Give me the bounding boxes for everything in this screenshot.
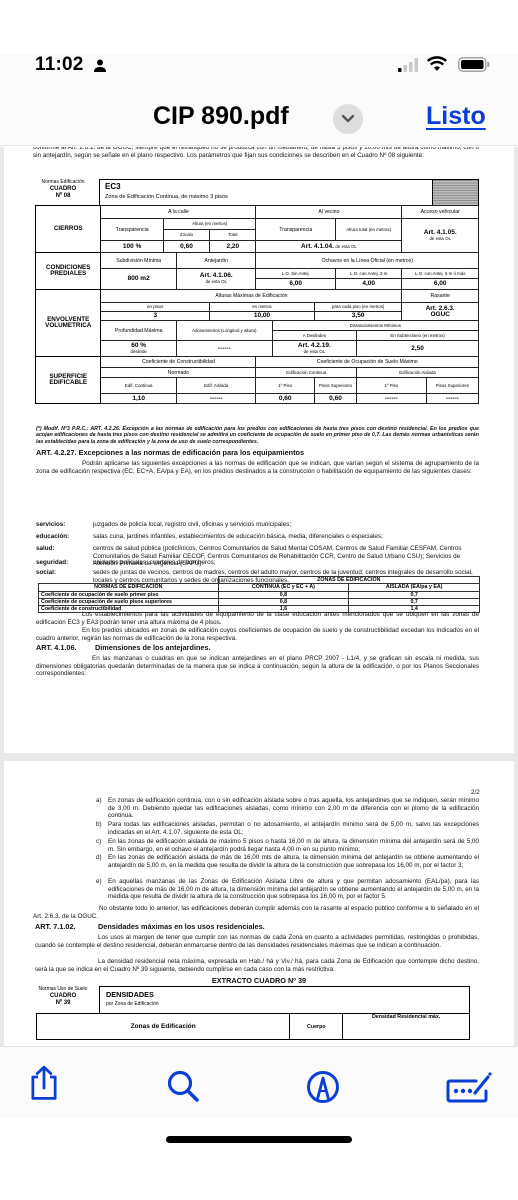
page-number: 2/2 [471, 789, 480, 797]
deslindes-ref-value: Art. 4.2.19. [298, 342, 331, 349]
col-continua: CONTINUA (EC y EC + A) [218, 584, 349, 591]
battery-icon [458, 57, 490, 72]
rule-letter: c) [96, 838, 101, 846]
val-pisos-sup-aislada: ------ [426, 394, 478, 404]
form-fill-icon[interactable] [446, 1069, 492, 1105]
zonas-group-header: ZONAS DE EDIFICACION [218, 577, 479, 584]
cell-aislada: 0,7 [349, 598, 480, 605]
hdr-en-metros: en metros [210, 303, 315, 312]
antejardin-ref-value: Art. 4.1.06. [200, 272, 233, 279]
val-total: 2,20 [210, 241, 256, 253]
class-term: salud: [36, 545, 55, 553]
hdr-a-deslindes: A Deslindes [272, 331, 357, 341]
val-lo-3m: 4,00 [335, 279, 401, 290]
person-icon [94, 59, 106, 73]
extracto-title: EXTRACTO CUADRO Nº 39 [4, 977, 514, 985]
search-icon[interactable] [166, 1069, 202, 1105]
art-7102-num: ART. 7.1.02. [35, 923, 76, 931]
hdr-transparencia: Transparencia [101, 219, 163, 241]
rule-letter: b) [96, 821, 102, 829]
art-4227-title: ART. 4.2.27. Excepciones a las normas de… [36, 449, 304, 457]
acceso-ref-sub: de esta OL [429, 236, 450, 241]
hdr-coef-constructibilidad: Coeficiente de Constructibilidad [101, 357, 256, 368]
para-educacion-altura: Los establecimientos para las actividade… [36, 611, 479, 626]
art-7102-p1: Los usos al margen de tener que cumplir … [35, 934, 479, 949]
deslindes-ref-sub: de esta OL [304, 349, 325, 354]
share-icon[interactable] [26, 1065, 62, 1101]
hdr-primer-piso-continua: 1º Piso [256, 378, 314, 394]
cellular-signal-icon [398, 58, 418, 72]
cell-norma: Coeficiente de ocupación de suelo pisos … [39, 598, 219, 605]
hdr-alturas-max: Alturas Máximas de Edificación [101, 290, 402, 303]
rule-text: En las zonas de edificación aislada de m… [108, 838, 479, 853]
class-term: seguridad: [36, 559, 68, 567]
val-primer-piso-aislada: ------ [357, 394, 426, 404]
hdr-altura-metros: Altura (en metros) [163, 219, 256, 230]
art-4227-body: Podrán aplicarse las siguientes excepcio… [36, 460, 479, 475]
col-zonas-edificacion: Zonas de Edificación [37, 1014, 290, 1040]
vecino-ref-sub: de esta OL [335, 244, 356, 249]
rasante-ref-sub: OGUC [430, 311, 450, 318]
val-profundidad: 60 % [131, 342, 146, 349]
rule-text: En zonas de edificación continua, con o … [108, 797, 479, 820]
hdr-zocalo: Zócalo [163, 230, 209, 241]
rasante-ref: Art. 2.6.3.OGUC [402, 303, 479, 321]
vecino-ref: Art. 4.1.04. de esta OL [256, 241, 402, 253]
cuadro-39-label: Normas Uso de Suelo CUADRO Nº 39 [34, 986, 92, 1007]
hdr-acceso-vehicular: Acceso vehicular [402, 206, 479, 219]
art-4106-num: ART. 4.1.06. [36, 644, 77, 652]
val-zocalo: 0,60 [163, 241, 209, 253]
rule-text: En aquellas manzanas de las Zonas de Edi… [108, 878, 479, 901]
section-cierros: CIERROS [36, 206, 101, 253]
cuadro-39-label-num: Nº 39 [56, 1000, 71, 1006]
val-adosamientos: ------ [176, 341, 272, 357]
cuadro-39-label-cuadro: CUADRO [50, 993, 76, 999]
cell-continua: 0,8 [218, 591, 349, 598]
rule-letter: d) [96, 854, 102, 862]
hdr-rasante: Rasante [402, 290, 479, 303]
para-coeficientes: En los predios ubicados en zonas de edif… [36, 627, 479, 642]
val-lo-sin-antej: 6,00 [256, 279, 336, 290]
status-bar: 11:02 [0, 54, 518, 90]
document-title[interactable]: CIP 890.pdf [153, 102, 289, 131]
table-row: Coeficiente de ocupación de suelo primer… [39, 591, 480, 598]
section-envolvente: ENVOLVENTE VOLUMETRICA [36, 290, 101, 357]
rule-text: Para todas las edificaciones aisladas, p… [108, 821, 479, 836]
val-pisos-sup-continua: 0,60 [314, 394, 356, 404]
status-time: 11:02 [35, 54, 84, 76]
acceso-ref-value: Art. 4.1.05. [424, 229, 457, 236]
hdr-lo-3m: L.O. con Antej. 3 m [335, 269, 401, 279]
rule-text: En las zonas de edificación aislada de m… [108, 854, 479, 869]
deslindes-ref: Art. 4.2.19.de esta OL [272, 341, 357, 357]
cell-continua: 0,8 [218, 598, 349, 605]
cuadro-39-subtitle: por Zona de Edificación [106, 1001, 159, 1007]
col-cuerpo: Cuerpo [290, 1014, 343, 1040]
cuadro-39-label-small: Normas Uso de Suelo [34, 986, 92, 993]
cuadro-39-title: DENSIDADES [106, 990, 154, 999]
hdr-altura-total: Altura total (en metros) [335, 219, 401, 241]
class-description: salas cuna, jardines infantiles, estable… [93, 533, 477, 541]
cell-norma: Coeficiente de ocupación de suelo primer… [39, 591, 219, 598]
zonas-edificacion-table: ZONAS DE EDIFICACION NORMAS DE EDIFICACI… [38, 576, 480, 613]
val-metros: 10,00 [210, 312, 315, 321]
title-menu-button[interactable] [333, 104, 363, 134]
hdr-por-piso: para cada piso (en metros) [314, 303, 402, 312]
cuadro-08-label-small: Normas Edificación [34, 179, 92, 186]
hdr-profundidad: Profundidad Máxima [101, 321, 177, 341]
hdr-subdivision: Subdivisión Mínima [101, 253, 177, 269]
footnote: (*) Modif. Nº3 P.R.C.: ART. 4.2.26. Exce… [36, 426, 479, 445]
bottom-toolbar [0, 1046, 518, 1118]
val-edif-aislada: ------ [176, 394, 256, 404]
zone-name: Zona de Edificación Continua, de máximo … [105, 194, 228, 200]
done-button[interactable]: Listo [426, 102, 486, 131]
hdr-pisos-sup-aislada: Pisos Superiores [426, 378, 478, 394]
para-no-obstante: No obstante todo lo anterior, las edific… [33, 905, 479, 920]
hdr-edif-aislada: Edif. Aislada [176, 378, 256, 394]
col-densidad: Densidad Residencial máx. [343, 1014, 470, 1040]
rule-letter: a) [96, 797, 102, 805]
class-term: educación: [36, 533, 69, 541]
val-edif-continua: 1,10 [101, 394, 177, 404]
markup-icon[interactable] [305, 1069, 341, 1105]
hdr-coef-ocupacion: Coeficiente de Ocupación de Suelo Máximo [256, 357, 479, 368]
cuadro-08-label-num: Nº 08 [56, 193, 71, 199]
col-aislada: AISLADA (EA/pa y EA) [349, 584, 480, 591]
cell-aislada: 0,7 [349, 591, 480, 598]
class-term: servicios: [36, 521, 65, 529]
art-7102-p2: La densidad residencial neta máxima, exp… [35, 958, 479, 973]
pdf-page-2: 2/2 a)En zonas de edificación continua, … [4, 761, 514, 1047]
pdf-viewer[interactable]: conforme al Art. 2.6.1. de la OGUC, siem… [0, 147, 518, 1047]
wifi-icon [427, 56, 447, 72]
hdr-transparencia-vecino: Transparencia [256, 219, 336, 241]
hdr-primer-piso-aislada: 1º Piso [357, 378, 426, 394]
rule-letter: e) [96, 878, 102, 886]
val-subterraneo: 2,50 [357, 341, 479, 357]
acceso-ref: Art. 4.1.05.de esta OL [402, 219, 479, 253]
section-condiciones-prediales: CONDICIONES PREDIALES [36, 253, 101, 290]
art-7102-title: Densidades máximas en los usos residenci… [98, 923, 265, 931]
hdr-ed-aislada: Edificación Aislada [357, 368, 479, 378]
hdr-adosamientos: Adosamientos (Longitud y altura) [176, 321, 272, 341]
hdr-en-pisos: en pisos [101, 303, 210, 312]
zone-code: EC3 [105, 182, 121, 191]
cuadro-39-header: DENSIDADES por Zona de Edificación [99, 986, 470, 1013]
hdr-ochavos: Ochavos en la Línea Oficial (en metros) [256, 253, 479, 269]
intro-paragraph: conforme al Art. 2.6.1. de la OGUC, siem… [33, 147, 479, 159]
val-transparencia: 100 % [101, 241, 163, 253]
cuadro-39-table: Zonas de Edificación Cuerpo Densidad Res… [36, 1013, 470, 1040]
hdr-ed-continua: Edificación Continua [256, 368, 357, 378]
hdr-al-vecino: Al vecino [256, 206, 402, 219]
hdr-normado: Normado [101, 368, 256, 378]
antejardin-ref: Art. 4.1.06.de esta OL [176, 269, 256, 290]
home-indicator[interactable] [166, 1136, 352, 1143]
val-por-piso: 3,50 [314, 312, 402, 321]
zone-header: EC3 Zona de Edificación Continua, de máx… [99, 179, 479, 205]
val-profundidad-sub: deslinde [131, 349, 147, 354]
val-lo-5m: 6,00 [402, 279, 479, 290]
cuadro-08-label-cuadro: CUADRO [50, 186, 76, 192]
val-pisos: 3 [101, 312, 210, 321]
vecino-ref-value: Art. 4.1.04. [301, 243, 334, 250]
hdr-antejardin: Antejardín [176, 253, 256, 269]
antejardin-ref-sub: de esta OL [205, 279, 226, 284]
nav-bar: CIP 890.pdf Listo [0, 90, 518, 146]
hdr-lo-5m: L.O. con Antej. 5 m ó más [402, 269, 479, 279]
art-4106-title: Dimensiones de los antejardines. [95, 644, 211, 652]
cuadro-08-label: Normas Edificación CUADRO Nº 08 [34, 179, 92, 200]
val-subdivision: 800 m2 [101, 269, 177, 290]
hdr-pisos-sup-continua: Pisos Superiores [314, 378, 356, 394]
pdf-page-1: conforme al Art. 2.6.1. de la OGUC, siem… [4, 147, 514, 753]
cuadro-08-table: CIERROS A la calle Al vecino Acceso vehi… [35, 205, 479, 404]
val-primer-piso-continua: 0,60 [256, 394, 314, 404]
art-4106-body: En las manzanas o cuadras en que se indi… [36, 655, 479, 678]
class-description: juzgados de policía local, registro civi… [93, 521, 477, 529]
hdr-subterraneo: En Subterráneo (en metros) [357, 331, 479, 341]
section-superficie: SUPERFICIE EDIFICABLE [36, 357, 101, 404]
hdr-distanciamientos: Distanciamientos Mínimos [272, 321, 478, 331]
hdr-lo-sin-antej: L.O. Sin Antej. [256, 269, 336, 279]
chevron-down-icon [341, 114, 355, 123]
profundidad-value: 60 %deslinde [101, 341, 177, 357]
table-row: Coeficiente de ocupación de suelo pisos … [39, 598, 480, 605]
hdr-total: Total [210, 230, 256, 241]
class-description: unidades policiales, cuarteles de bomber… [93, 559, 477, 567]
zone-hatch-swatch [432, 180, 478, 205]
hdr-a-la-calle: A la calle [101, 206, 256, 219]
hdr-edif-continua: Edif. Continua [101, 378, 177, 394]
col-normas: NORMAS DE EDIFICACIÓN [39, 584, 219, 591]
